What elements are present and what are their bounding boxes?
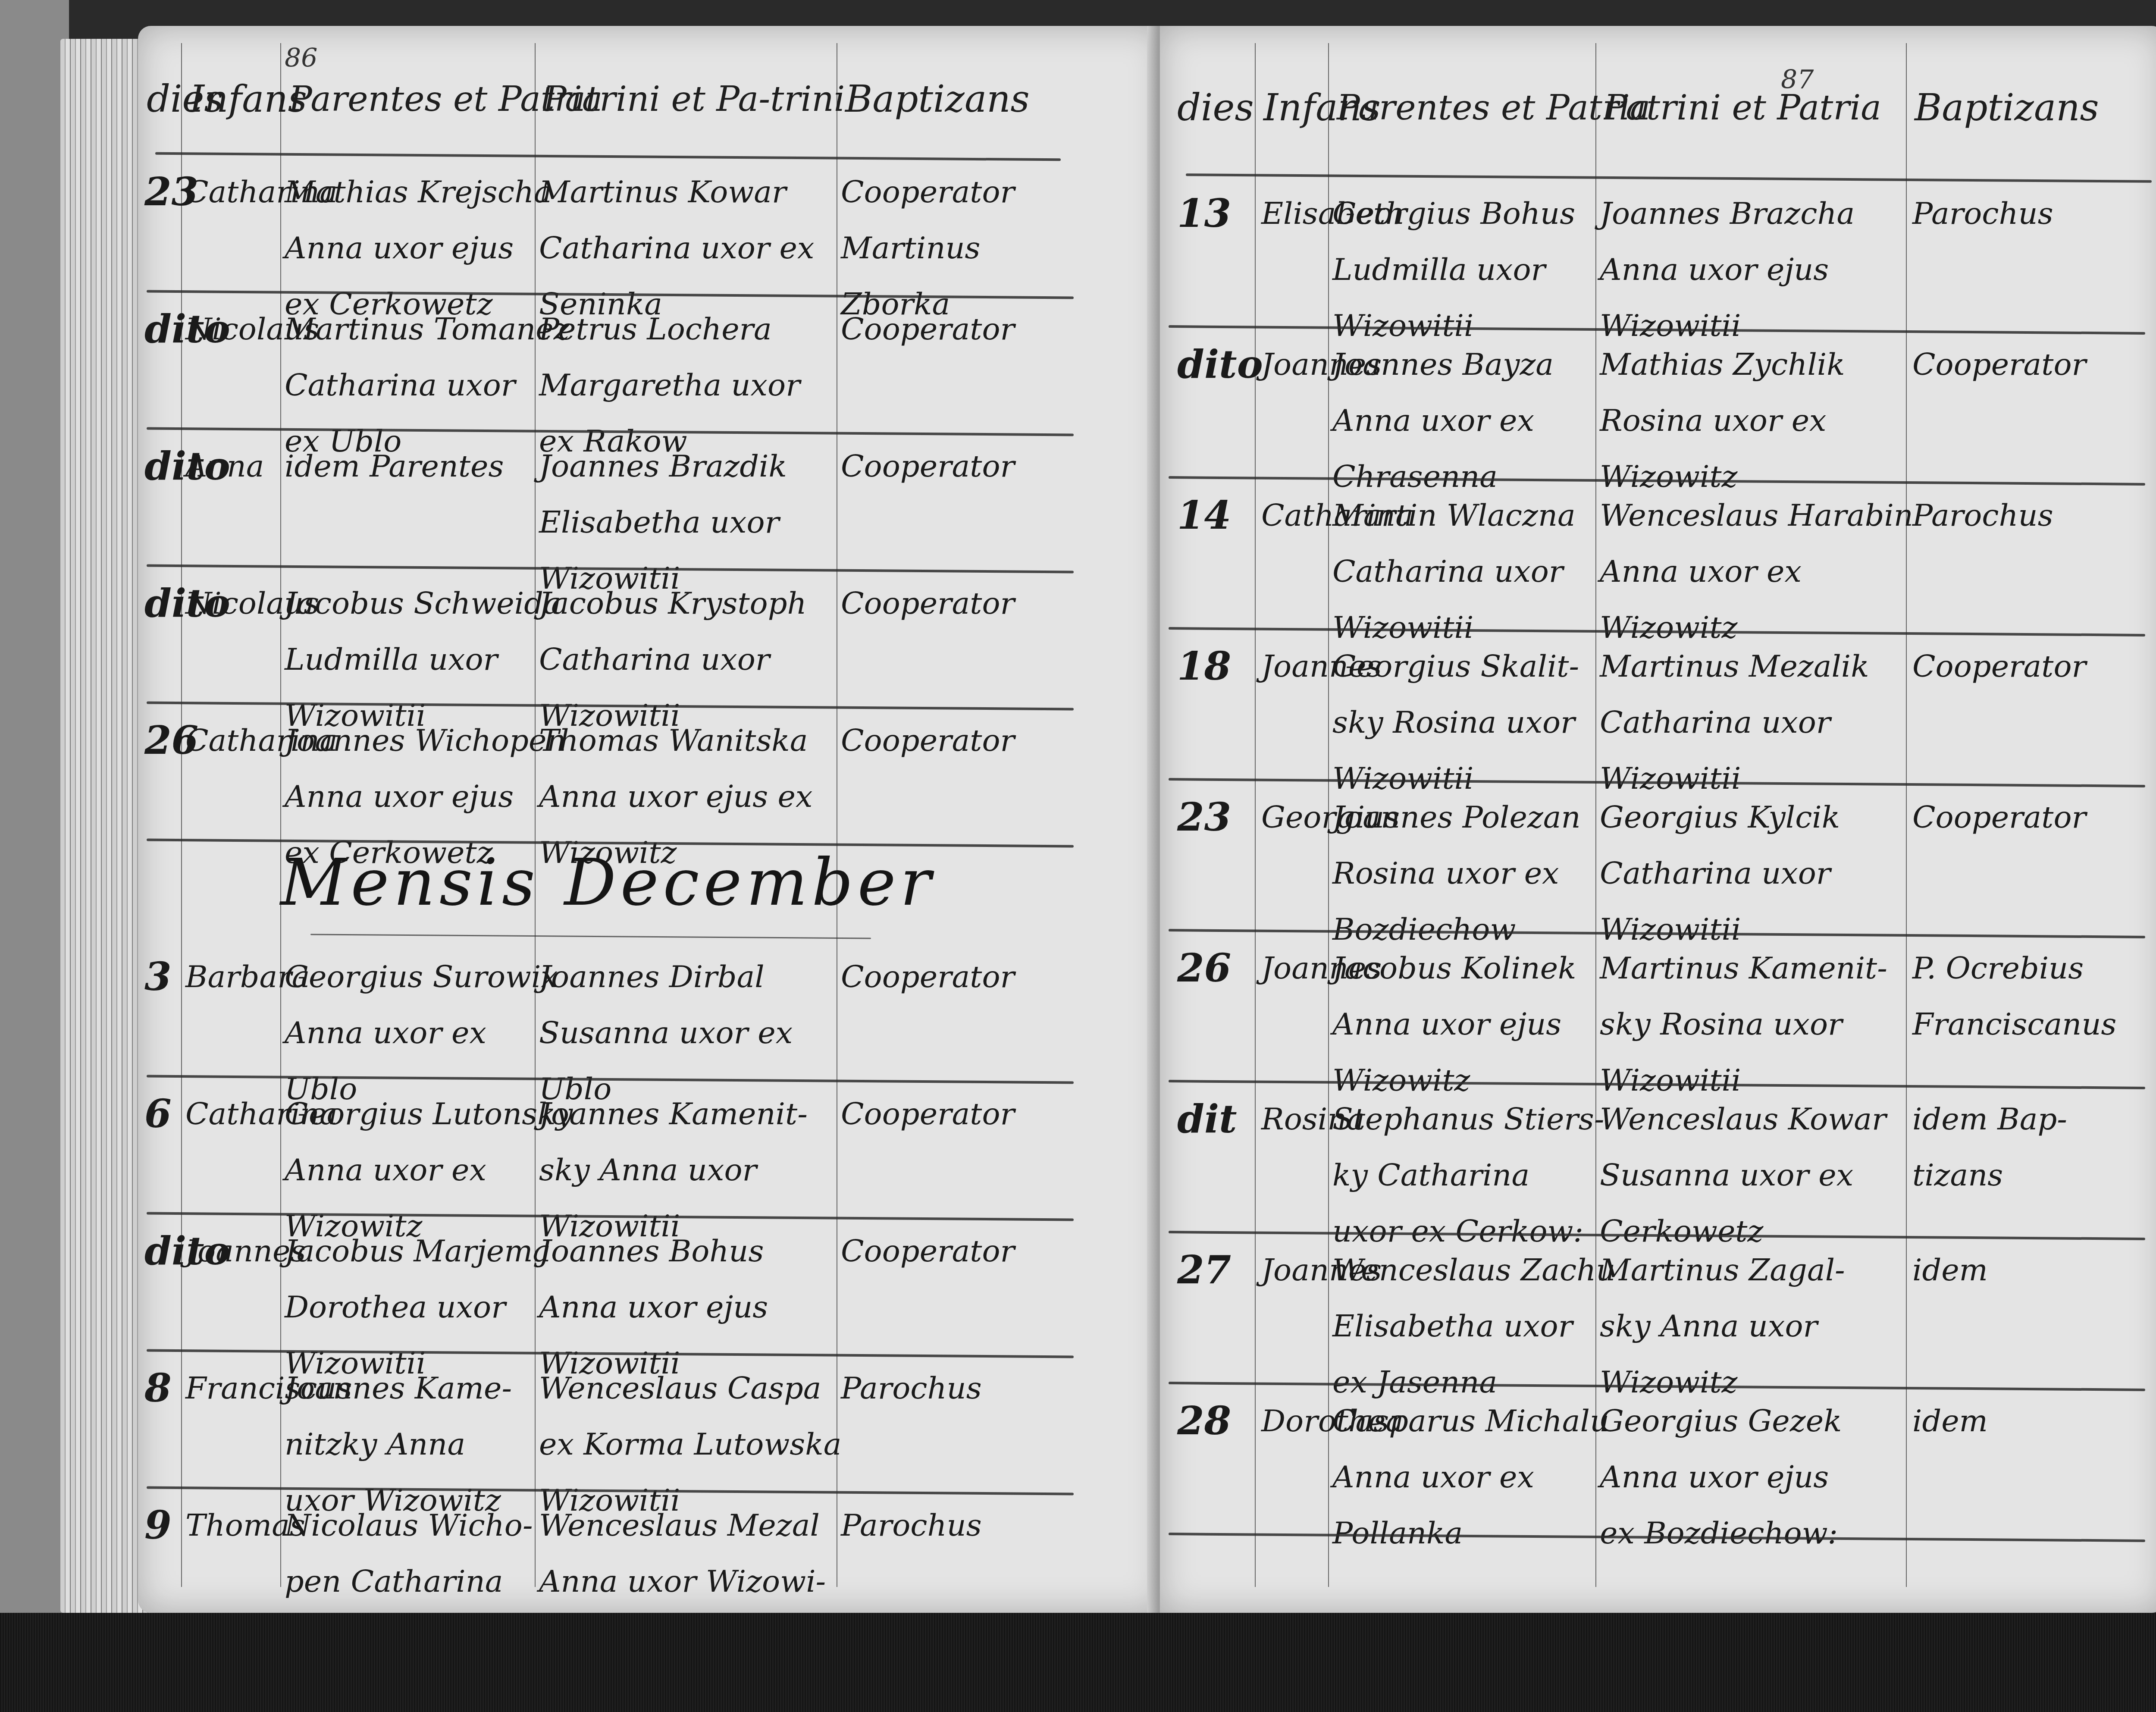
entry-patrini-line: Wenceslaus Mezal bbox=[539, 1497, 826, 1553]
entry-baptizans: Cooperator bbox=[841, 575, 1015, 631]
entry-parentes-line: Georgius Surowix bbox=[285, 949, 558, 1005]
register-entry: 3BarbaraGeorgius SurowixAnna uxor exUblo… bbox=[138, 944, 1164, 1082]
entry-baptizans-line: Cooperator bbox=[1912, 638, 2086, 694]
table-cloth bbox=[0, 1613, 2156, 1712]
entry-baptizans-line: P. Ocrebius bbox=[1912, 940, 2116, 996]
entry-parentes-line: Jacobus Kolinek bbox=[1332, 940, 1576, 996]
entry-baptizans-line: Cooperator bbox=[841, 712, 1015, 768]
entry-day: dit bbox=[1177, 1091, 1237, 1147]
entry-parentes-line: Anna uxor ejus bbox=[285, 768, 566, 825]
entry-patrini-line: Wenceslaus Caspa bbox=[539, 1360, 841, 1416]
entry-baptizans: Cooperator bbox=[841, 438, 1015, 494]
register-entry: ditRosinaStephanus Stiers-ky Catharinaux… bbox=[1160, 1087, 2156, 1238]
entry-patrini-line: Martinus Kowar bbox=[539, 164, 814, 220]
entry-baptizans: Cooperator bbox=[1912, 789, 2086, 845]
entry-baptizans-line: Martinus bbox=[841, 220, 1015, 276]
entry-patrini-line: Anna uxor ejus bbox=[1600, 241, 1855, 298]
right-page: 87 dies Infans Parentes et Patria Patrin… bbox=[1160, 26, 2156, 1613]
entry-patrini-line: Margaretha uxor bbox=[539, 357, 800, 413]
entry-patrini-line: Georgius Kylcik bbox=[1600, 789, 1840, 845]
entry-patrini-line: Susanna uxor ex bbox=[1600, 1147, 1886, 1203]
register-entry: 9ThomasNicolaus Wicho-pen Catharinauxor … bbox=[138, 1493, 1164, 1630]
header-baptizans: Baptizans bbox=[845, 78, 1030, 121]
header-dies: dies bbox=[1177, 86, 1254, 129]
entry-parentes-line: Anna uxor ejus bbox=[285, 220, 552, 276]
entry-patrini-line: Joannes Brazcha bbox=[1600, 185, 1855, 241]
entry-baptizans: Cooperator bbox=[841, 949, 1015, 1005]
entry-patrini-line: Martinus Kamenit- bbox=[1600, 940, 1887, 996]
entry-baptizans: idem bbox=[1912, 1393, 1988, 1449]
register-entry: 27JoannesWenceslaus ZachuElisabetha uxor… bbox=[1160, 1238, 2156, 1389]
entry-baptizans-line: Cooperator bbox=[841, 301, 1015, 357]
entry-baptizans-line: idem bbox=[1912, 1393, 1988, 1449]
entry-patrini-line: Joannes Brazdik bbox=[539, 438, 787, 494]
entry-patrini-line: Anna uxor ejus bbox=[539, 1279, 768, 1335]
register-entry: ditoJoannesJacobus MarjemaDorothea uxorW… bbox=[138, 1219, 1164, 1356]
entry-parentes-line: Anna uxor ex bbox=[285, 1005, 558, 1061]
entry-patrini-line: Mathias Zychlik bbox=[1600, 336, 1845, 392]
entry-parentes-line: Jacobus Marjema bbox=[285, 1223, 551, 1279]
entry-patrini-line: Elisabetha uxor bbox=[539, 494, 787, 550]
entry-baptizans: idem bbox=[1912, 1242, 1988, 1298]
entry-baptizans: Cooperator bbox=[841, 301, 1015, 357]
entry-day: 3 bbox=[144, 949, 172, 1005]
entry-patrini-line: Anna uxor ejus ex bbox=[539, 768, 812, 825]
entry-patrini-line: Martinus Zagal- bbox=[1600, 1242, 1845, 1298]
entry-parentes-line: Joannes Bayza bbox=[1332, 336, 1554, 392]
entry-day: 26 bbox=[1177, 940, 1231, 996]
register-entry: 23CatharinaMathias KrejschaAnna uxor eju… bbox=[138, 160, 1164, 297]
entry-patrini-line: Joannes Dirbal bbox=[539, 949, 793, 1005]
entry-baptizans-line: Parochus bbox=[841, 1360, 982, 1416]
month-heading-rule bbox=[310, 934, 871, 939]
entry-patrini-line: sky Anna uxor bbox=[539, 1142, 808, 1198]
entry-baptizans-line: Cooperator bbox=[1912, 789, 2086, 845]
entry-baptizans-line: Cooperator bbox=[841, 575, 1015, 631]
entry-parentes-line: Stephanus Stiers- bbox=[1332, 1091, 1604, 1147]
entry-day: 8 bbox=[144, 1360, 172, 1416]
entry-parentes-line: Pollanka bbox=[1332, 1505, 1609, 1561]
entry-parentes-line: Joannes Wichopen bbox=[285, 712, 566, 768]
entry-patrini-line: sky Anna uxor bbox=[1600, 1298, 1845, 1354]
entry-patrini-line: Petrus Lochera bbox=[539, 301, 800, 357]
entry-parentes-line: Georgius Bohus bbox=[1332, 185, 1575, 241]
entry-patrini-line: Catharina uxor bbox=[539, 631, 807, 687]
entry-baptizans-line: Parochus bbox=[841, 1497, 982, 1553]
entry-baptizans-line: Cooperator bbox=[1912, 336, 2086, 392]
entry-baptizans: Cooperator bbox=[841, 1223, 1015, 1279]
header-patrini: Patrini et Pa-trini bbox=[543, 78, 845, 121]
register-entry: 18JoannesGeorgius Skalit-sky Rosina uxor… bbox=[1160, 634, 2156, 785]
register-entry: 6CatharinaGeorgius LutonskyAnna uxor exW… bbox=[138, 1082, 1164, 1219]
entry-baptizans-line: Franciscanus bbox=[1912, 996, 2116, 1052]
entry-parentes-line: Catharina uxor bbox=[285, 357, 570, 413]
entry-parentes-line: Ludmilla uxor bbox=[285, 631, 561, 687]
register-entry: 28DorotheaCasparus MichaluAnna uxor exPo… bbox=[1160, 1389, 2156, 1540]
entry-patrini-line: Catharina uxor ex bbox=[539, 220, 814, 276]
entry-parentes-line: Joannes Polezan bbox=[1332, 789, 1581, 845]
entry-parentes-line: Anna uxor ejus bbox=[1332, 996, 1576, 1052]
entry-day: 14 bbox=[1177, 487, 1231, 543]
register-entry: ditoAnnaidem ParentesJoannes BrazdikElis… bbox=[138, 434, 1164, 571]
entry-parentes-line: ky Catharina bbox=[1332, 1147, 1604, 1203]
entry-parentes-line: sky Rosina uxor bbox=[1332, 694, 1579, 750]
left-page: 86 dies Infans Parentes et Patria Patrin… bbox=[138, 26, 1164, 1613]
entry-patrini-line: Martinus Mezalik bbox=[1600, 638, 1869, 694]
register-entry: 13ElisabethGeorgius BohusLudmilla uxorWi… bbox=[1160, 181, 2156, 332]
header-patrini: Patrini et Patria bbox=[1604, 86, 1881, 129]
entry-baptizans-line: idem Bap- bbox=[1912, 1091, 2067, 1147]
entry-parentes-line: Dorothea uxor bbox=[285, 1279, 551, 1335]
entry-patrini-line: Rosina uxor ex bbox=[1600, 392, 1845, 448]
entry-day: 18 bbox=[1177, 638, 1231, 694]
entry-baptizans: Parochus bbox=[841, 1497, 982, 1553]
entry-patrini-line: sky Rosina uxor bbox=[1600, 996, 1887, 1052]
entry-baptizans: Cooperator bbox=[841, 712, 1015, 768]
register-entry: ditoJoannesJoannes BayzaAnna uxor exChra… bbox=[1160, 332, 2156, 483]
entry-patrini-line: Anna uxor ex bbox=[1600, 543, 1913, 599]
entry-patrini-line: Anna uxor ejus bbox=[1600, 1449, 1842, 1505]
entry-day: 28 bbox=[1177, 1393, 1231, 1449]
entry-parentes-line: Georgius Skalit- bbox=[1332, 638, 1579, 694]
header-parentes: Parentes et Patria bbox=[1337, 86, 1651, 129]
entry-patrini-line: Joannes Bohus bbox=[539, 1223, 768, 1279]
entry-parentes-line: Anna uxor ex bbox=[285, 1142, 573, 1198]
entry-patrini-line: ex Korma Lutowska bbox=[539, 1416, 841, 1472]
entry-baptizans-line: Cooperator bbox=[841, 1086, 1015, 1142]
entry-parentes-line: Martinus Tomanez bbox=[285, 301, 570, 357]
month-heading: Mensis December bbox=[280, 845, 935, 920]
entry-parentes-line: Mathias Krejscha bbox=[285, 164, 552, 220]
entry-patrini-line: Thomas Wanitska bbox=[539, 712, 812, 768]
entry-baptizans: Cooperator bbox=[1912, 638, 2086, 694]
entry-parentes-line: Rosina uxor ex bbox=[1332, 845, 1581, 901]
entry-parentes-line: Georgius Lutonsky bbox=[285, 1086, 573, 1142]
entry-day: 27 bbox=[1177, 1242, 1231, 1298]
entry-patrini-line: Wenceslaus Harabin bbox=[1600, 487, 1913, 543]
table-surface bbox=[0, 0, 69, 1712]
entry-baptizans-line: Cooperator bbox=[841, 949, 1015, 1005]
register-entry: 14CatharinaMartin WlacznaCatharina uxorW… bbox=[1160, 483, 2156, 634]
register-entry: ditoNicolausJacobus SchweidaLudmilla uxo… bbox=[138, 571, 1164, 708]
entry-parentes-line: Catharina uxor bbox=[1332, 543, 1576, 599]
entry-day: dito bbox=[1177, 336, 1263, 392]
entry-parentes-line: Elisabetha uxor bbox=[1332, 1298, 1615, 1354]
entry-parentes-line: Casparus Michalu bbox=[1332, 1393, 1609, 1449]
entry-patrini-line: ex Bozdiechow: bbox=[1600, 1505, 1842, 1561]
entry-parentes-line: Wenceslaus Zachu bbox=[1332, 1242, 1615, 1298]
entry-baptizans: Parochus bbox=[1912, 487, 2053, 543]
entry-parentes: idem Parentes bbox=[285, 438, 504, 494]
entry-baptizans: Parochus bbox=[1912, 185, 2053, 241]
entry-baptizans-line: idem bbox=[1912, 1242, 1988, 1298]
entry-patrini-line: Wenceslaus Kowar bbox=[1600, 1091, 1886, 1147]
register-entry: 26CatharinaJoannes WichopenAnna uxor eju… bbox=[138, 708, 1164, 845]
entry-patrini-line: Susanna uxor ex bbox=[539, 1005, 793, 1061]
entry-parentes-line: Anna uxor ex bbox=[1332, 1449, 1609, 1505]
register-entry: ditoNicolausMartinus TomanezCatharina ux… bbox=[138, 297, 1164, 434]
entry-baptizans-line: Parochus bbox=[1912, 185, 2053, 241]
entry-baptizans: Parochus bbox=[841, 1360, 982, 1416]
entry-patrini-line: Joannes Kamenit- bbox=[539, 1086, 808, 1142]
entry-baptizans: Cooperator bbox=[841, 1086, 1015, 1142]
page-number: 86 bbox=[285, 43, 317, 73]
entry-parentes-line: Anna uxor ex bbox=[1332, 392, 1554, 448]
entry-baptizans-line: Cooperator bbox=[841, 164, 1015, 220]
entry-parentes-line: Martin Wlaczna bbox=[1332, 487, 1576, 543]
entry-day: 23 bbox=[1177, 789, 1231, 845]
entry-patrini-line: Anna uxor Wizowi- bbox=[539, 1553, 826, 1609]
register-entry: 23GeorgiusJoannes PolezanRosina uxor exB… bbox=[1160, 785, 2156, 936]
entry-baptizans: idem Bap-tizans bbox=[1912, 1091, 2067, 1203]
entry-baptizans-line: Cooperator bbox=[841, 438, 1015, 494]
entry-baptizans-line: tizans bbox=[1912, 1147, 2067, 1203]
entry-patrini-line: Catharina uxor bbox=[1600, 694, 1869, 750]
register-entry: 8FranciscusJoannes Kame-nitzky Annauxor … bbox=[138, 1356, 1164, 1493]
entry-baptizans: P. OcrebiusFranciscanus bbox=[1912, 940, 2116, 1052]
entry-baptizans-line: Cooperator bbox=[841, 1223, 1015, 1279]
entry-day: 6 bbox=[144, 1086, 172, 1142]
entry-baptizans-line: Parochus bbox=[1912, 487, 2053, 543]
entry-patrini-line: Catharina uxor bbox=[1600, 845, 1840, 901]
entry-parentes-line: nitzky Anna bbox=[285, 1416, 512, 1472]
entry-parentes-line: Jacobus Schweida bbox=[285, 575, 561, 631]
entry-parentes-line: Nicolaus Wicho- bbox=[285, 1497, 571, 1553]
entry-parentes-line: idem Parentes bbox=[285, 438, 504, 494]
header-baptizans: Baptizans bbox=[1915, 86, 2099, 129]
entry-parentes-line: Joannes Kame- bbox=[285, 1360, 512, 1416]
entry-patrini-line: Jacobus Krystoph bbox=[539, 575, 807, 631]
entry-day: 9 bbox=[144, 1497, 172, 1553]
entry-patrini-line: Georgius Gezek bbox=[1600, 1393, 1842, 1449]
entry-parentes-line: Ludmilla uxor bbox=[1332, 241, 1575, 298]
entry-baptizans: Cooperator bbox=[1912, 336, 2086, 392]
entry-parentes-line: pen Catharina bbox=[285, 1553, 571, 1609]
entry-day: 13 bbox=[1177, 185, 1231, 241]
register-entry: 26JoannesJacobus KolinekAnna uxor ejusWi… bbox=[1160, 936, 2156, 1087]
entry-infans: Anna bbox=[185, 438, 264, 494]
